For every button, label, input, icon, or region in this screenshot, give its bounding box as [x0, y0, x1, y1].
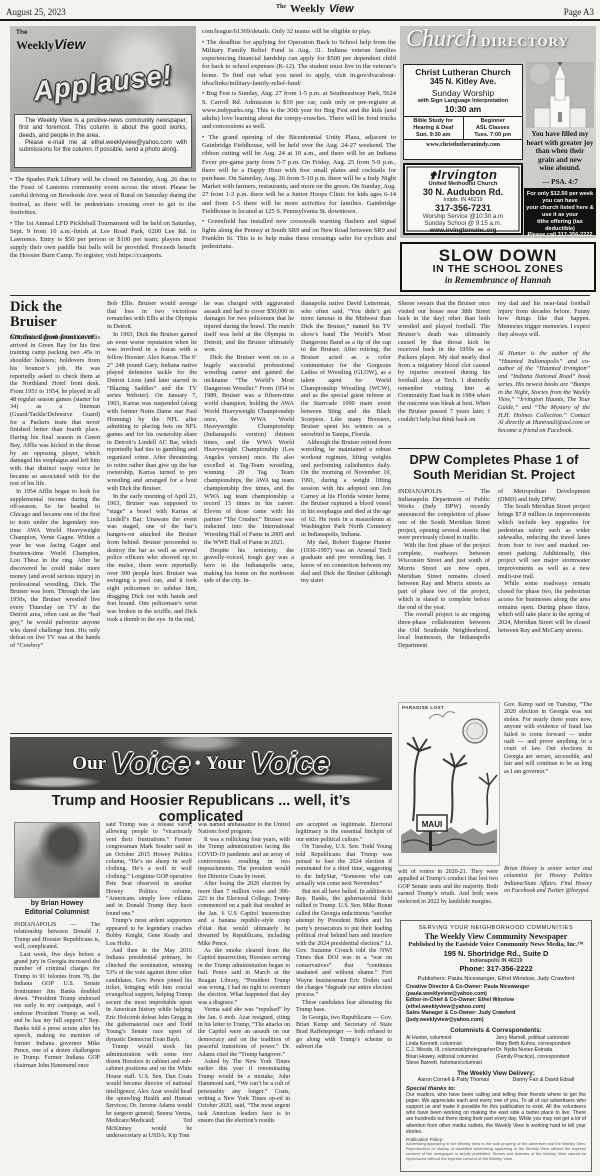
dpw-col2: of Metropolitan Development (DMD) and In… [498, 488, 590, 698]
nameplate-the: The [276, 4, 286, 10]
cartoon-title: PARADISE LOST [402, 705, 444, 710]
masthead-publisher: Published by the Eastside Voice Communit… [406, 941, 586, 948]
masthead-paper-name: The Weekly View Community Newspaper [406, 932, 586, 941]
irvington-service2: Sunday School @ 9:15 a.m. [405, 220, 521, 227]
scripture-reference: — PSA. 4:7 [524, 178, 596, 186]
columnists-right: Jerry Marnell, political cartoonistMary … [496, 1035, 586, 1067]
community-notes-left: • The Spades Park Library will be closed… [10, 176, 196, 293]
scripture-verse: You have filled my heart with greater jo… [524, 130, 596, 173]
christ-lutheran-worship: Sunday Worship [404, 88, 522, 98]
irvington-phone: 317-356-7231 [405, 203, 521, 213]
irvington-name: Irvington [437, 167, 497, 182]
paper-nameplate: The Weekly View [276, 0, 354, 19]
delivery-right: Danny Fan & David Edsall [512, 1077, 574, 1083]
dpw-headline: DPW Completes Phase 1 of South Meridian … [398, 452, 590, 482]
bruiser-col5: Sheree swears that the Bruiser once visi… [398, 300, 490, 446]
opinion-col5: will of voters in 2020-21. They were app… [398, 869, 498, 915]
opinion-col4: are accepted as legitimate. Electoral le… [296, 822, 392, 1174]
christ-lutheran-schedule: Bible Study for Hearing & Deaf Sun. 9:30… [404, 116, 522, 139]
opinion-col3: was named ambassador to the United Natio… [198, 822, 290, 1174]
bruiser-col1: NFL draft. Legend states that Afflis arr… [10, 334, 100, 730]
irvington-address: 30 N. Audubon Rd. [405, 187, 521, 197]
policy-text: Advertising appearing in the Weekly View… [406, 1142, 586, 1162]
delivery-left: Aaron Cornell & Patty Thomas [418, 1077, 489, 1083]
banner-dot: • [195, 755, 201, 773]
church-title-script: Church [406, 26, 477, 52]
church-listing-promo: For only $12.50 per week you can have yo… [524, 188, 596, 235]
columnists-left: Al Hunter, columnistLinda Kennett, colum… [406, 1035, 496, 1067]
issue-date: August 25, 2023 [6, 7, 66, 19]
irvington-logo: ✟Irvington [405, 167, 521, 182]
banner-our: Our [72, 753, 106, 775]
page-number: Page A3 [564, 7, 594, 19]
asl-classes-cell: Beginner ASL Classes Tues. 7:00 pm [464, 117, 523, 139]
page-header: August 25, 2023 The Weekly View Page A3 [0, 0, 600, 21]
church-directory-header: Church DIRECTORY [400, 26, 596, 60]
banner-voice1: Voice [111, 747, 190, 781]
thanks-text: Our readers, who have been calling and t… [406, 1092, 586, 1135]
editorial-cartoon: PARADISE LOST MAUI [398, 702, 500, 866]
applause-logo-weekly: Weekly [16, 38, 54, 52]
christ-lutheran-address: 345 N. Kitley Ave. [404, 77, 522, 86]
church-directory-ad: Church DIRECTORY Christ Lutheran Church … [400, 26, 596, 238]
opinion-headline: Trump and Hoosier Republicans ... well, … [10, 793, 392, 825]
byline-title: Editorial Columnist [14, 909, 100, 918]
columnists-lists: Al Hunter, columnistLinda Kennett, colum… [406, 1035, 586, 1067]
our-voice-banner: Our Voice • Your Voice [10, 737, 392, 790]
al-hunter-bio: Al Hunter is the author of the “Haunted … [498, 350, 590, 446]
section-divider [10, 295, 590, 296]
masthead-phone: Phone: 317-356-2222 [406, 964, 586, 973]
slow-down-line3: in Remembrance of Hannah [402, 275, 594, 286]
banner-voice2: Voice [251, 747, 330, 781]
bruiser-headline: Dick the Bruiser [10, 300, 102, 330]
opinion-col2: said Trump was a release valve, allowing… [106, 822, 192, 1174]
opinion-col1: INDIANAPOLIS — The relationship between … [14, 922, 100, 1172]
bruiser-col2: Bob Ellis. Bruiser would avenge that los… [107, 300, 197, 730]
delivery-row: Aaron Cornell & Patty Thomas Danny Fan &… [406, 1077, 586, 1083]
masthead-tagline: SERVING YOUR NEIGHBORHOOD COMMUNITIES [406, 925, 586, 931]
christ-lutheran-time: 10:30 am [404, 104, 522, 114]
nameplate-weekly: Weekly [290, 3, 325, 15]
christ-lutheran-listing: Christ Lutheran Church 345 N. Kitley Ave… [403, 64, 523, 160]
irvington-umc-listing: ✟Irvington United Methodist Church 30 N.… [403, 163, 523, 235]
applause-logo-the: The [16, 29, 196, 36]
delivery-title: The Weekly View Delivery: [406, 1070, 586, 1077]
bruiser-col6: my dad and his near-fatal football injur… [498, 300, 590, 344]
opinion-divider [10, 733, 392, 734]
irvington-url: www.irvingtonumc.org [405, 227, 521, 234]
howey-bio: Brian Howey is senior writer and columni… [504, 866, 592, 916]
masthead-owners: Creative Director & Co-Owner: Paula Nice… [406, 984, 586, 1024]
svg-text:MAUI: MAUI [422, 820, 442, 829]
applause-blurb: The Weekly View is a positive-news commu… [14, 114, 192, 168]
columnists-title: Columnists & Correspondents: [406, 1027, 586, 1034]
banner-your: Your [206, 753, 246, 775]
bruiser-col4: dianapolis native David Letterman, who o… [301, 300, 391, 730]
masthead-address: 195 N. Shortridge Rd., Suite D [406, 949, 586, 958]
nameplate-view: View [329, 3, 354, 15]
masthead-box: SERVING YOUR NEIGHBORHOOD COMMUNITIES Th… [400, 920, 592, 1172]
masthead-publishers: Publishers: Paula Nicewanger, Ethel Wins… [406, 976, 586, 982]
bible-study-cell: Bible Study for Hearing & Deaf Sun. 9:30… [404, 117, 464, 139]
newspaper-page: August 25, 2023 The Weekly View Page A3 … [0, 0, 600, 1176]
cartoon-drawing: MAUI [399, 703, 499, 865]
opinion-byline: by Brian Howey Editorial Columnist [14, 900, 100, 917]
applause-logo-view: View [54, 36, 85, 52]
opinion-col6: Gov. Kemp said on Tuesday, “The 2020 ele… [504, 702, 592, 862]
slow-down-line1: SLOW DOWN [402, 247, 594, 264]
brian-howey-photo [14, 822, 100, 898]
community-notes-middle: com/league/61369/details. Only 32 teams … [202, 28, 396, 293]
church-title-caps: DIRECTORY [481, 34, 569, 49]
slow-down-notice: SLOW DOWN IN THE SCHOOL ZONES in Remembr… [400, 242, 596, 292]
slow-down-line2: IN THE SCHOOL ZONES [402, 264, 594, 275]
applause-title: Applause! [11, 57, 195, 110]
bruiser-col3: he was charged with aggravated assault a… [204, 300, 294, 730]
irvington-service1: Worship Service @10:30 a.m [405, 213, 521, 220]
dpw-divider [398, 448, 590, 449]
church-steeple-image [526, 62, 594, 128]
byline-name: by Brian Howey [14, 900, 100, 909]
dpw-col1: INDIANAPOLIS — The Indianapolis Departme… [398, 488, 490, 698]
applause-ad: The WeeklyView Applause! The Weekly View… [10, 26, 196, 172]
christ-lutheran-url: www.christlutheranindy.com [404, 139, 522, 149]
christ-lutheran-name: Christ Lutheran Church [404, 67, 522, 77]
